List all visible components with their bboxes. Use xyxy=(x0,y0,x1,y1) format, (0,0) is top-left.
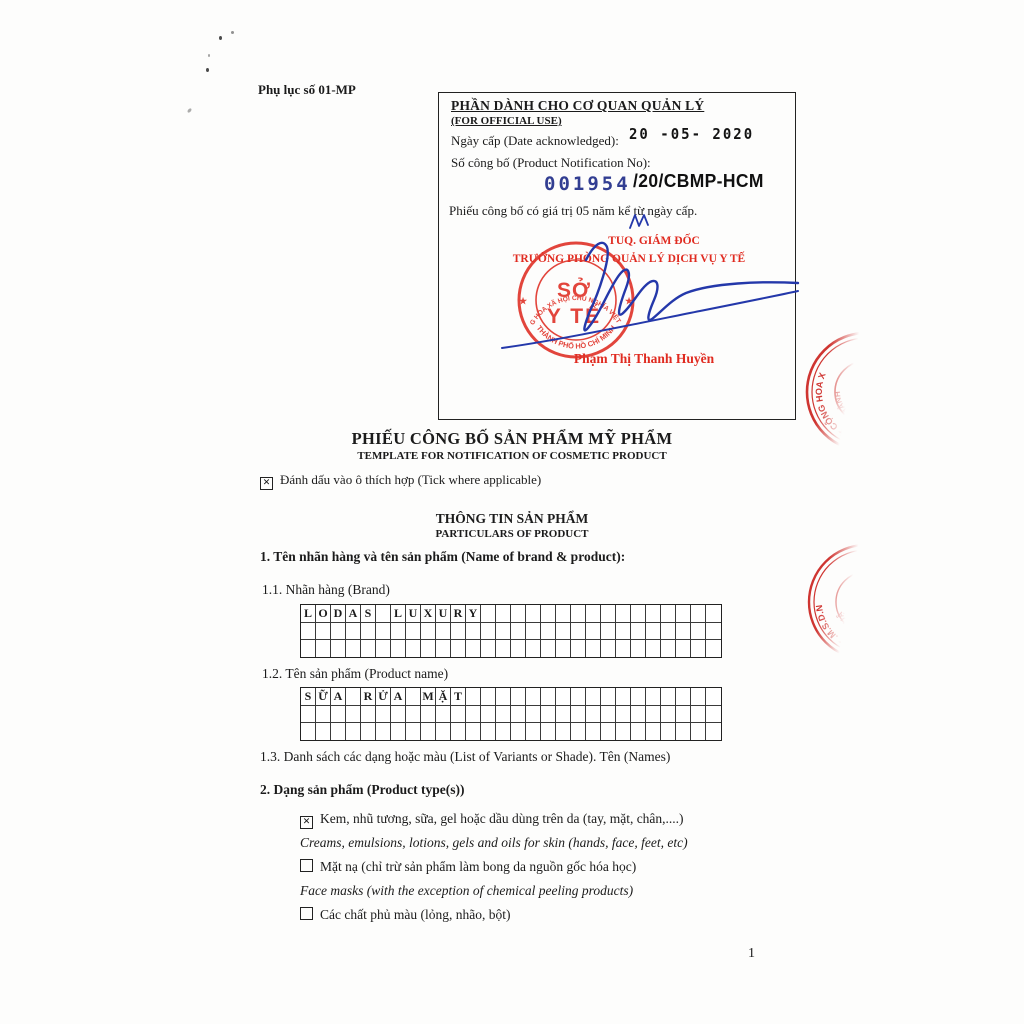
grid-cell xyxy=(481,706,496,724)
grid-cell xyxy=(556,640,571,657)
grid-cell xyxy=(631,706,646,724)
product-info-title-en: PARTICULARS OF PRODUCT xyxy=(0,528,1024,540)
grid-cell xyxy=(331,706,346,724)
grid-cell xyxy=(571,640,586,657)
grid-cell xyxy=(676,723,691,740)
grid-cell xyxy=(466,640,481,657)
grid-cell xyxy=(496,723,511,740)
grid-cell xyxy=(526,640,541,657)
edge-stamp-2-inner-text: QUẬ xyxy=(835,610,854,630)
grid-cell xyxy=(676,605,691,623)
grid-cell xyxy=(316,623,331,641)
grid-cell: A xyxy=(331,688,346,706)
grid-cell xyxy=(556,623,571,641)
grid-cell xyxy=(676,623,691,641)
grid-cell xyxy=(346,623,361,641)
grid-cell xyxy=(631,688,646,706)
grid-cell xyxy=(406,723,421,740)
grid-cell xyxy=(646,623,661,641)
grid-cell: X xyxy=(421,605,436,623)
grid-cell xyxy=(361,623,376,641)
grid-cell xyxy=(646,688,661,706)
grid-cell xyxy=(361,723,376,740)
grid-cell: U xyxy=(406,605,421,623)
grid-cell xyxy=(421,706,436,724)
grid-cell xyxy=(331,623,346,641)
official-box-title: PHẦN DÀNH CHO CƠ QUAN QUẢN LÝ xyxy=(451,98,704,114)
product-type-label-vi: Mặt nạ (chỉ trừ sản phẩm làm bong da ngu… xyxy=(320,859,636,874)
grid-cell xyxy=(601,706,616,724)
product-type-label-en: Face masks (with the exception of chemic… xyxy=(300,883,633,899)
product-type-item: Các chất phủ màu (lỏng, nhão, bột) xyxy=(300,907,510,923)
grid-cell xyxy=(436,706,451,724)
grid-cell xyxy=(481,605,496,623)
grid-cell xyxy=(376,623,391,641)
grid-cell xyxy=(616,706,631,724)
grid-cell xyxy=(511,688,526,706)
grid-cell xyxy=(601,605,616,623)
grid-cell xyxy=(421,640,436,657)
grid-cell: R xyxy=(361,688,376,706)
grid-cell xyxy=(376,723,391,740)
tick-note-checkbox: ✕ xyxy=(260,477,273,490)
grid-cell xyxy=(661,623,676,641)
grid-cell xyxy=(496,640,511,657)
grid-cell xyxy=(511,623,526,641)
document-title-vi: PHIẾU CÔNG BỐ SẢN PHẨM MỸ PHẨM xyxy=(0,429,1024,449)
grid-cell xyxy=(586,688,601,706)
grid-cell xyxy=(511,640,526,657)
grid-cell xyxy=(616,723,631,740)
grid-cell xyxy=(616,640,631,657)
grid-cell xyxy=(496,688,511,706)
scan-noise-speck xyxy=(206,68,209,72)
grid-cell xyxy=(526,706,541,724)
grid-cell xyxy=(346,688,361,706)
grid-cell xyxy=(586,723,601,740)
grid-cell xyxy=(391,723,406,740)
grid-cell xyxy=(661,605,676,623)
grid-cell xyxy=(691,640,706,657)
date-stamp: 20 -05- 2020 xyxy=(629,127,754,144)
grid-cell xyxy=(376,706,391,724)
product-type-item: ✕Kem, nhũ tương, sữa, gel hoặc dầu dùng … xyxy=(300,811,684,829)
notification-number-label: Số công bố (Product Notification No): xyxy=(451,155,651,171)
grid-cell xyxy=(631,605,646,623)
grid-cell xyxy=(301,723,316,740)
product-letter-grid: SỮARỬAMẶT xyxy=(300,687,722,741)
grid-cell xyxy=(301,640,316,657)
grid-cell xyxy=(691,723,706,740)
variants-label: 1.3. Danh sách các dạng hoặc màu (List o… xyxy=(260,749,670,765)
section1-heading: 1. Tên nhãn hàng và tên sản phẩm (Name o… xyxy=(260,549,625,565)
product-type-checkbox-creams: ✕ xyxy=(300,816,313,829)
grid-cell xyxy=(496,605,511,623)
notification-number-suffix: /20/CBMP-HCM xyxy=(633,171,764,192)
grid-cell xyxy=(676,640,691,657)
notification-number-value: 001954 xyxy=(544,173,631,195)
grid-cell xyxy=(646,723,661,740)
grid-cell xyxy=(691,688,706,706)
grid-cell xyxy=(541,723,556,740)
grid-cell xyxy=(646,605,661,623)
grid-cell xyxy=(661,640,676,657)
grid-cell xyxy=(466,723,481,740)
grid-cell xyxy=(661,723,676,740)
grid-cell xyxy=(361,706,376,724)
grid-cell: Ặ xyxy=(436,688,451,706)
grid-cell xyxy=(541,688,556,706)
grid-cell: Ử xyxy=(376,688,391,706)
scan-noise-speck xyxy=(219,36,222,40)
grid-cell xyxy=(586,706,601,724)
grid-cell xyxy=(451,706,466,724)
grid-cell xyxy=(361,640,376,657)
grid-cell xyxy=(421,623,436,641)
grid-cell xyxy=(616,605,631,623)
product-type-checkbox-masks xyxy=(300,859,313,872)
grid-cell xyxy=(676,688,691,706)
grid-cell: Ữ xyxy=(316,688,331,706)
product-type-label-vi: Các chất phủ màu (lỏng, nhão, bột) xyxy=(320,907,510,922)
grid-cell xyxy=(571,623,586,641)
document-title-en: TEMPLATE FOR NOTIFICATION OF COSMETIC PR… xyxy=(0,450,1024,462)
brand-label: 1.1. Nhãn hàng (Brand) xyxy=(262,582,390,598)
grid-cell: Y xyxy=(466,605,481,623)
grid-cell xyxy=(601,688,616,706)
grid-cell: A xyxy=(346,605,361,623)
grid-cell xyxy=(616,688,631,706)
grid-cell xyxy=(451,723,466,740)
grid-cell xyxy=(406,623,421,641)
grid-cell xyxy=(556,706,571,724)
grid-cell: S xyxy=(301,688,316,706)
grid-cell: A xyxy=(391,688,406,706)
grid-cell: L xyxy=(391,605,406,623)
grid-cell: L xyxy=(301,605,316,623)
grid-cell xyxy=(451,640,466,657)
grid-cell xyxy=(571,688,586,706)
grid-cell xyxy=(706,706,721,724)
grid-cell xyxy=(421,723,436,740)
appendix-label: Phụ lục số 01-MP xyxy=(258,82,356,98)
grid-cell xyxy=(706,640,721,657)
grid-cell xyxy=(316,640,331,657)
product-info-title-vi: THÔNG TIN SẢN PHẨM xyxy=(0,511,1024,527)
grid-cell xyxy=(601,640,616,657)
grid-cell xyxy=(541,623,556,641)
grid-cell xyxy=(301,706,316,724)
grid-cell xyxy=(466,706,481,724)
grid-cell: M xyxy=(421,688,436,706)
grid-cell xyxy=(511,723,526,740)
grid-cell xyxy=(526,688,541,706)
grid-cell xyxy=(706,623,721,641)
grid-cell: R xyxy=(451,605,466,623)
grid-cell xyxy=(616,623,631,641)
official-box-subtitle: (FOR OFFICIAL USE) xyxy=(451,115,562,127)
grid-cell xyxy=(526,723,541,740)
product-type-item: Mặt nạ (chỉ trừ sản phẩm làm bong da ngu… xyxy=(300,859,636,875)
grid-cell xyxy=(586,605,601,623)
brand-letter-grid: LODASLUXURY xyxy=(300,604,722,658)
grid-cell xyxy=(631,623,646,641)
grid-cell xyxy=(391,706,406,724)
grid-cell xyxy=(496,623,511,641)
scanned-document-page: Phụ lục số 01-MP PHẦN DÀNH CHO CƠ QUAN Q… xyxy=(0,0,1024,1024)
grid-cell xyxy=(346,640,361,657)
grid-cell xyxy=(646,706,661,724)
grid-cell xyxy=(646,640,661,657)
grid-cell xyxy=(436,640,451,657)
grid-cell xyxy=(526,623,541,641)
scan-noise-speck xyxy=(187,108,193,114)
grid-cell xyxy=(406,688,421,706)
scan-noise-speck xyxy=(231,31,234,34)
grid-cell xyxy=(571,605,586,623)
grid-cell xyxy=(481,723,496,740)
grid-cell: O xyxy=(316,605,331,623)
grid-cell xyxy=(556,605,571,623)
grid-cell: U xyxy=(436,605,451,623)
grid-cell xyxy=(541,605,556,623)
grid-cell xyxy=(601,723,616,740)
grid-cell xyxy=(631,723,646,740)
grid-cell xyxy=(481,623,496,641)
grid-cell xyxy=(706,688,721,706)
grid-cell xyxy=(436,623,451,641)
section2-heading: 2. Dạng sản phẩm (Product type(s)) xyxy=(260,782,465,798)
grid-cell xyxy=(511,706,526,724)
grid-cell xyxy=(316,706,331,724)
scan-noise-speck xyxy=(208,54,210,57)
grid-cell xyxy=(466,623,481,641)
grid-cell xyxy=(496,706,511,724)
grid-cell xyxy=(346,723,361,740)
product-type-label-vi: Kem, nhũ tương, sữa, gel hoặc dầu dùng t… xyxy=(320,811,684,826)
product-type-checkbox-colouring xyxy=(300,907,313,920)
date-acknowledged-label: Ngày cấp (Date acknowledged): xyxy=(451,133,619,149)
grid-cell xyxy=(331,640,346,657)
grid-cell xyxy=(691,605,706,623)
grid-cell xyxy=(661,688,676,706)
grid-cell xyxy=(436,723,451,740)
grid-cell xyxy=(316,723,331,740)
grid-cell xyxy=(391,623,406,641)
grid-cell xyxy=(676,706,691,724)
tick-note-label: Đánh dấu vào ô thích hợp (Tick where app… xyxy=(280,472,541,487)
grid-cell xyxy=(376,605,391,623)
product-type-label-en: Creams, emulsions, lotions, gels and oil… xyxy=(300,835,688,851)
product-name-label: 1.2. Tên sản phẩm (Product name) xyxy=(262,666,448,682)
grid-cell xyxy=(391,640,406,657)
signature xyxy=(480,210,810,360)
grid-cell xyxy=(586,623,601,641)
grid-cell xyxy=(451,623,466,641)
grid-cell xyxy=(691,706,706,724)
grid-cell xyxy=(511,605,526,623)
grid-cell xyxy=(346,706,361,724)
grid-cell xyxy=(301,623,316,641)
grid-cell xyxy=(601,623,616,641)
grid-cell xyxy=(586,640,601,657)
grid-cell xyxy=(541,640,556,657)
grid-cell xyxy=(691,623,706,641)
grid-cell xyxy=(556,688,571,706)
grid-cell xyxy=(331,723,346,740)
grid-cell xyxy=(706,605,721,623)
grid-cell xyxy=(541,706,556,724)
grid-cell xyxy=(376,640,391,657)
grid-cell xyxy=(526,605,541,623)
grid-cell xyxy=(481,640,496,657)
grid-cell xyxy=(661,706,676,724)
edge-stamp-1-inner-text: THÀNH xyxy=(833,391,854,421)
grid-cell: S xyxy=(361,605,376,623)
grid-cell: D xyxy=(331,605,346,623)
grid-cell xyxy=(571,723,586,740)
grid-cell xyxy=(466,688,481,706)
grid-cell xyxy=(406,640,421,657)
grid-cell: T xyxy=(451,688,466,706)
tick-note-line: ✕Đánh dấu vào ô thích hợp (Tick where ap… xyxy=(260,472,541,490)
grid-cell xyxy=(481,688,496,706)
grid-cell xyxy=(406,706,421,724)
page-number: 1 xyxy=(748,946,755,962)
grid-cell xyxy=(706,723,721,740)
grid-cell xyxy=(631,640,646,657)
grid-cell xyxy=(571,706,586,724)
grid-cell xyxy=(556,723,571,740)
edge-stamp-msdn: ★ .M.S.D.N QUẬ xyxy=(797,542,861,668)
